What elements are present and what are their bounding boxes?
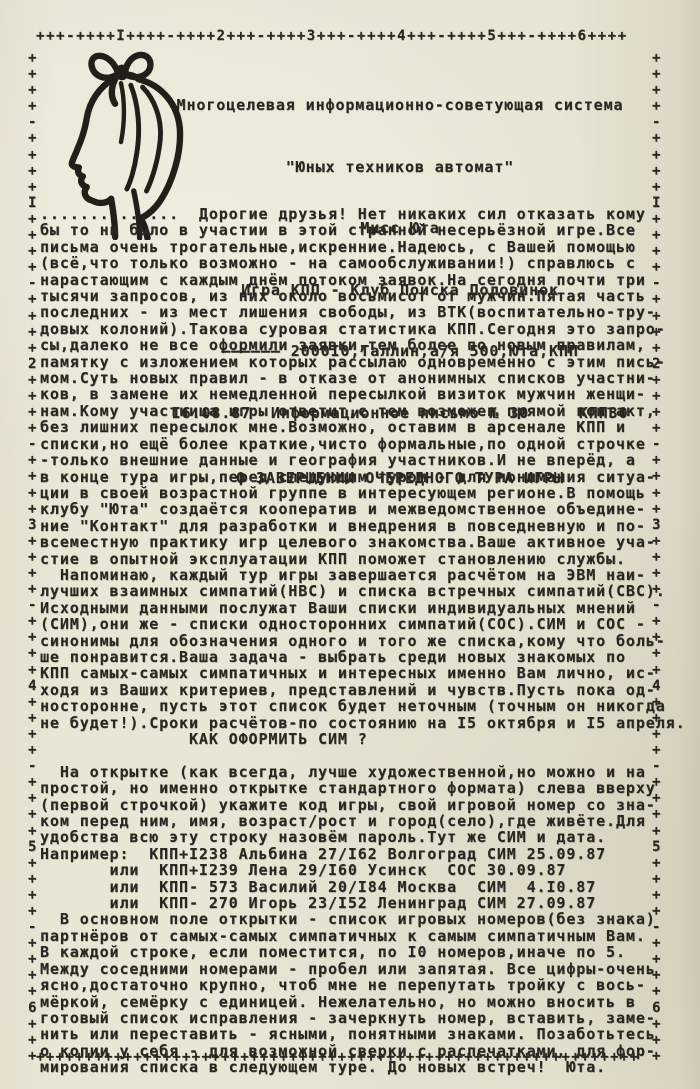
org-name-line1: Многоцелевая информационно-советующая си… [140, 95, 660, 116]
letter-body-text: .............. Дорогие друзья! Нет никак… [40, 206, 686, 1076]
scanned-letter-page: +++-++++I++++-++++2+++-++++3+++-++++4+++… [0, 0, 700, 1089]
bottom-ruler-border: ++++++++++++++++++++++++++++++++++++++++… [36, 1049, 639, 1065]
top-ruler-border: +++-++++I++++-++++2+++-++++3+++-++++4+++… [36, 28, 628, 44]
org-name-line2: "Юных техников автомат" [140, 157, 660, 178]
